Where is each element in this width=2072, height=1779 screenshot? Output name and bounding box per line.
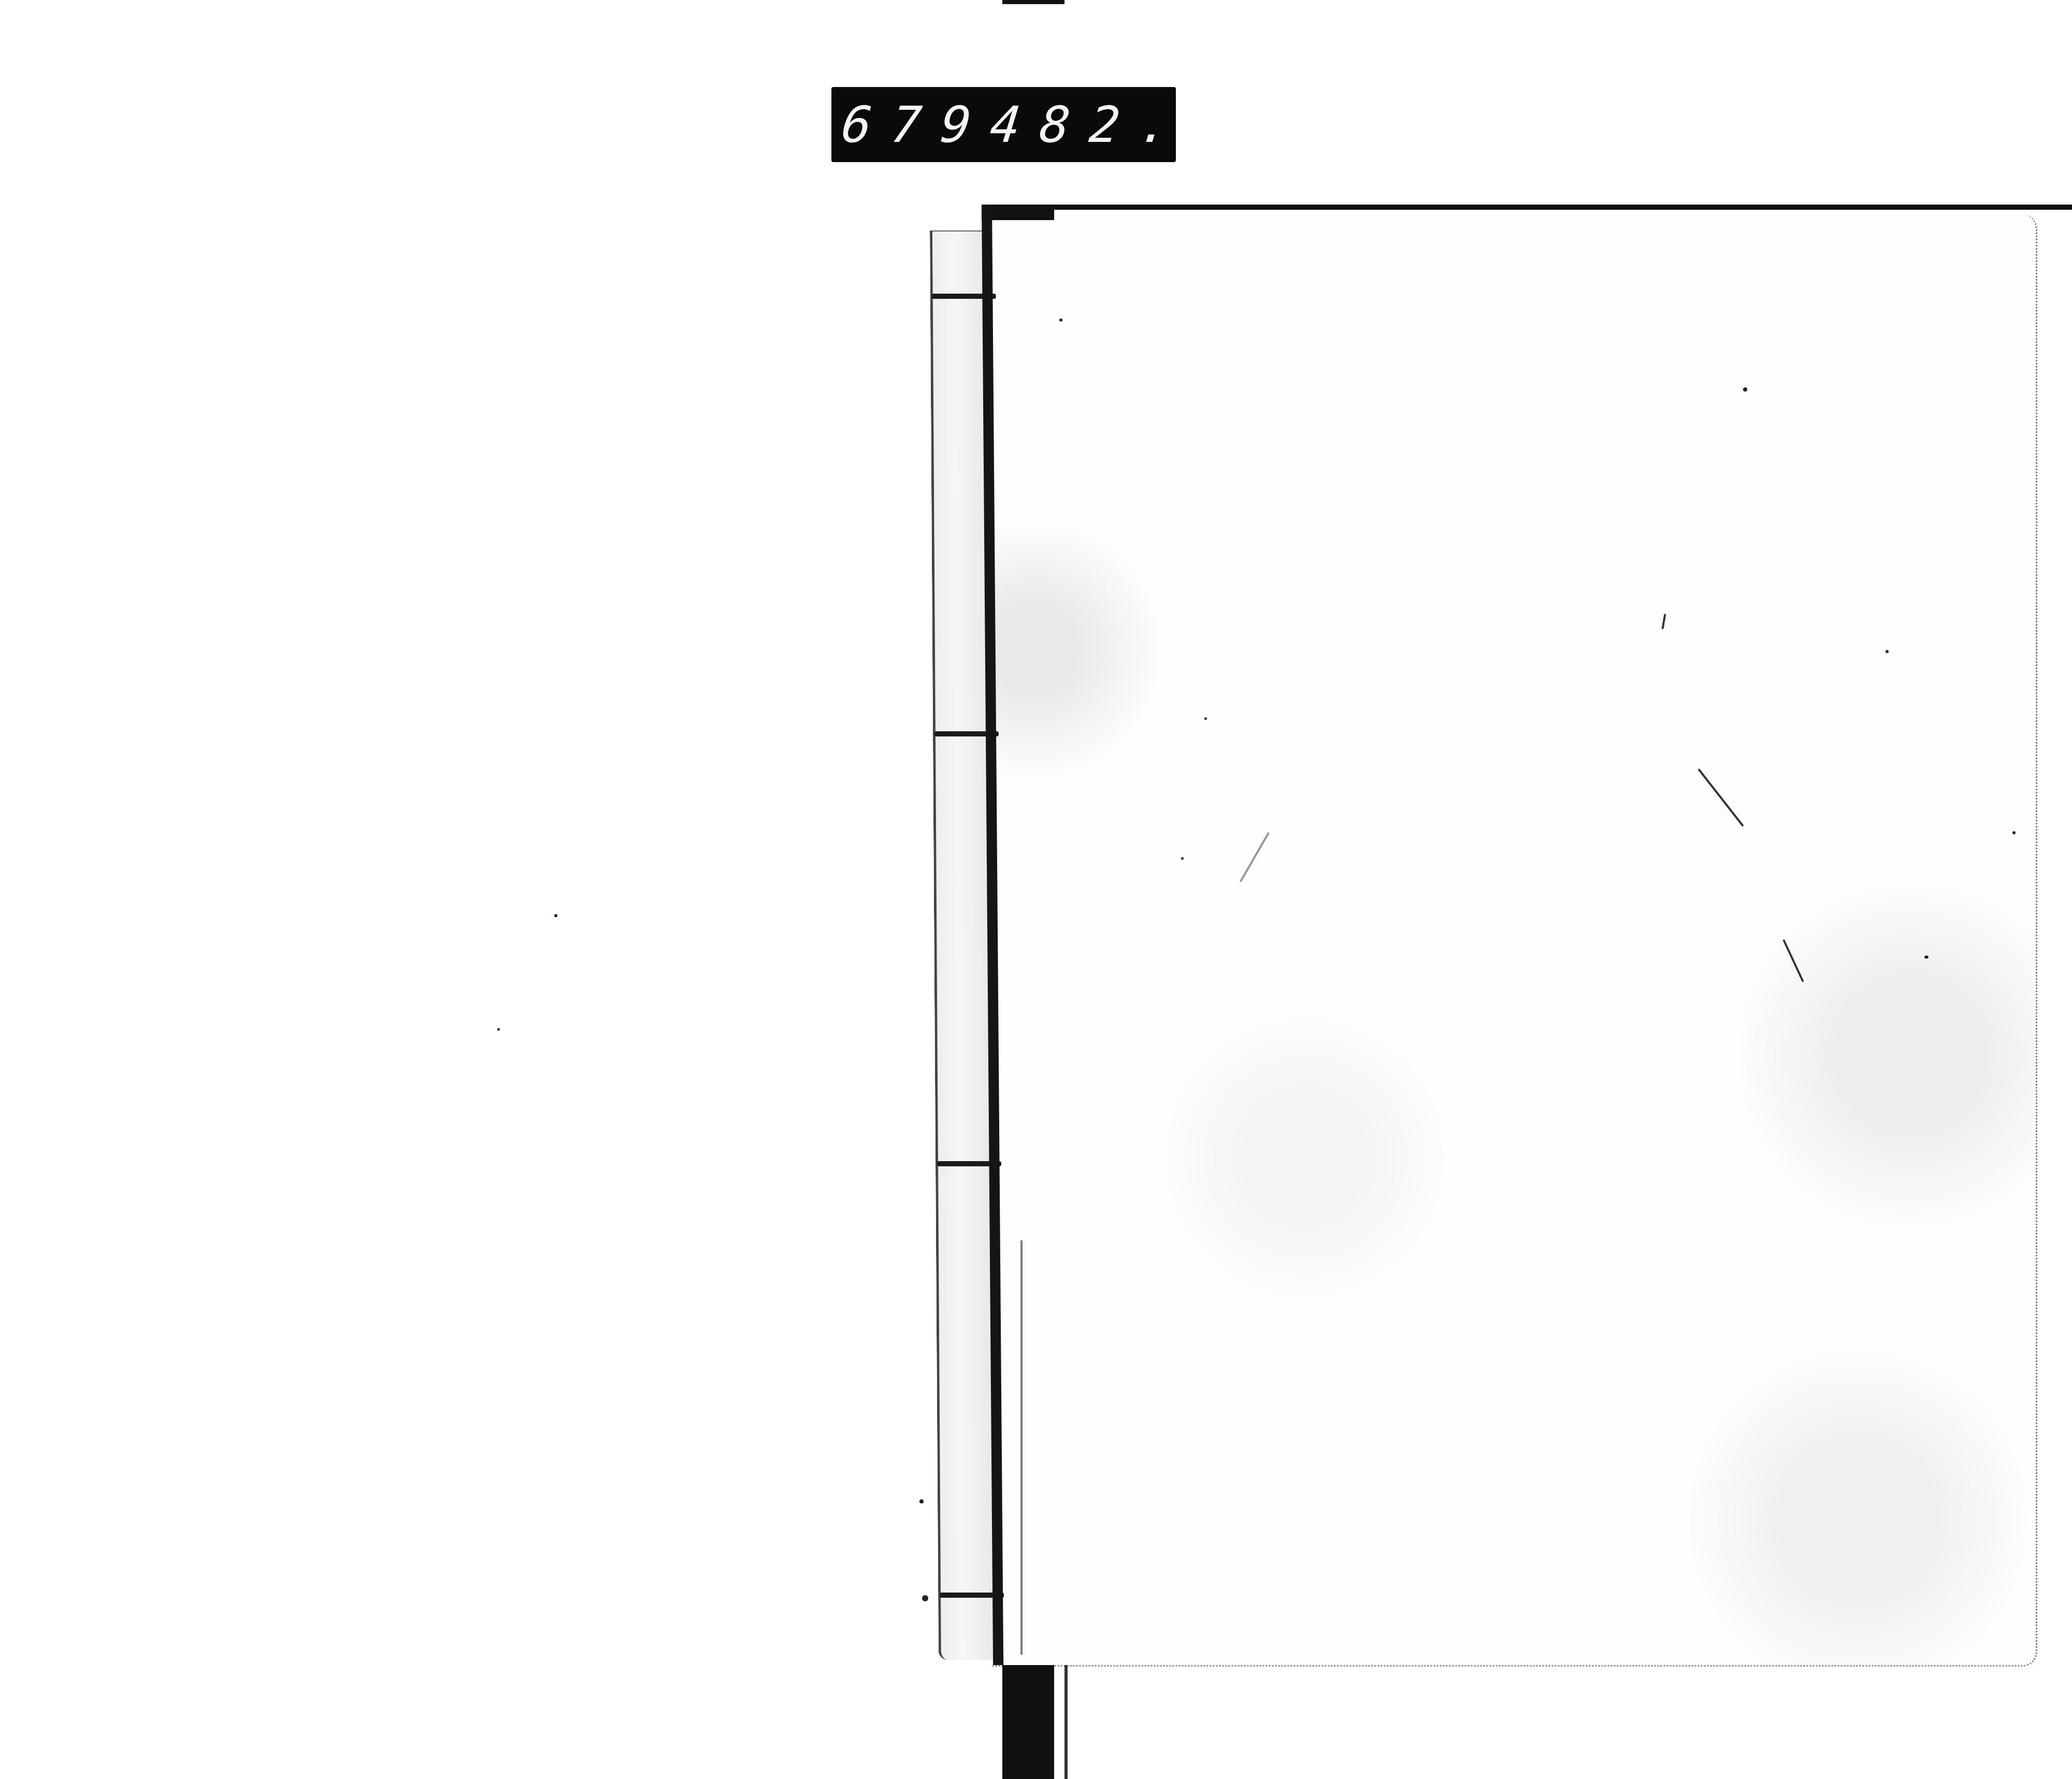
frame-counter-right-number: 482. <box>988 100 1191 150</box>
speckle <box>1924 956 1929 959</box>
speckle <box>497 1028 500 1031</box>
speckle <box>1059 319 1062 322</box>
book-cover <box>992 214 2037 1667</box>
frame-counter-left-number: 679 <box>839 100 993 150</box>
scanned-frame: 679 482. <box>0 0 2072 1779</box>
frame-counter: 679 482. <box>831 87 1176 162</box>
book-top-corner-tab <box>982 205 1054 220</box>
speckle <box>554 914 557 917</box>
speckle <box>922 1595 928 1601</box>
speckle <box>2012 831 2016 834</box>
speckle <box>1181 857 1184 860</box>
speckle <box>1886 650 1889 653</box>
previous-frame-edge <box>1002 0 1064 4</box>
bookmark-ribbon <box>1002 1665 1054 1779</box>
speckle <box>919 1499 924 1503</box>
speckle <box>1743 387 1747 392</box>
cover-edge-shadow <box>1020 1240 1023 1655</box>
book-top-edge <box>982 205 2072 210</box>
bound-book <box>930 205 2036 1665</box>
speckle <box>1204 717 1207 720</box>
ribbon-thread <box>1064 1665 1068 1779</box>
